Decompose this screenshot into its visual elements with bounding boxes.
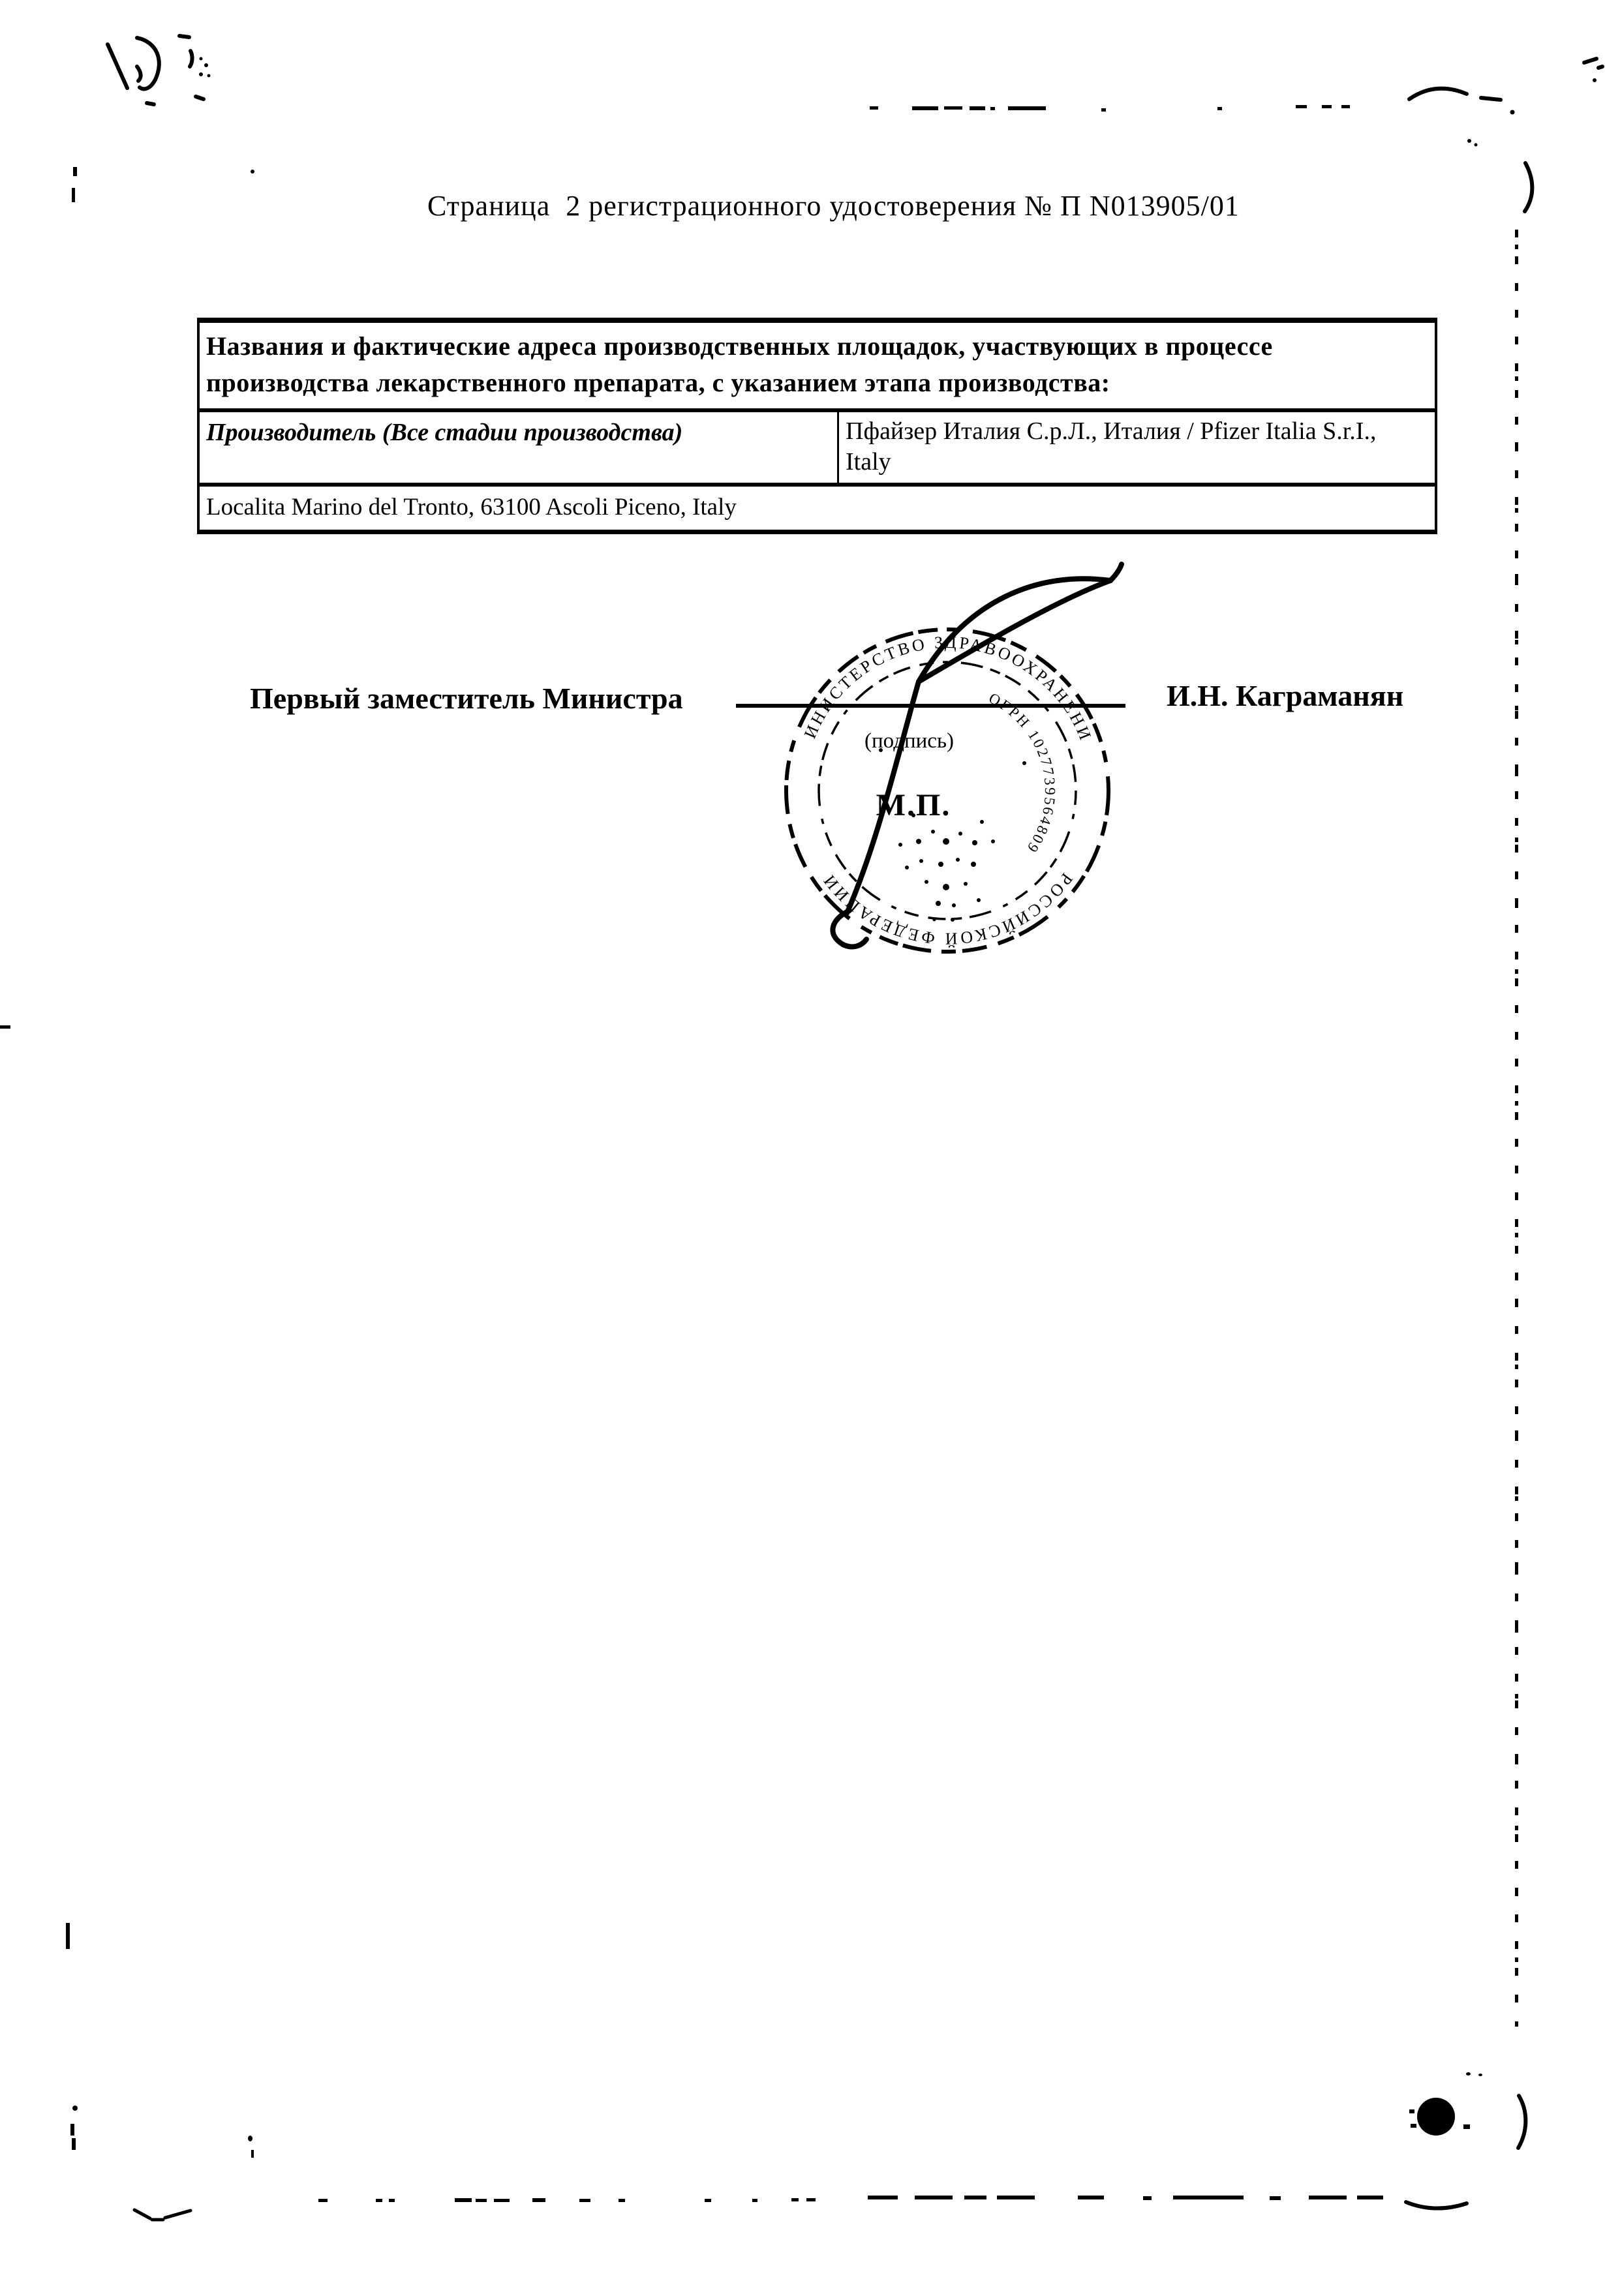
scan-speck [70, 2124, 74, 2136]
scan-speck [251, 2150, 254, 2158]
scan-dash [619, 2199, 625, 2202]
scan-dash [997, 2196, 1035, 2199]
scan-dash [705, 2199, 711, 2202]
seal-ring-top-text: МИНИСТЕРСТВО ЗДРАВООХРАНЕНИЯ [750, 535, 1095, 745]
scan-dash [1322, 105, 1332, 108]
scan-dash [1270, 2196, 1281, 2200]
check-mark-artifact [130, 2205, 196, 2224]
scan-speck [73, 167, 77, 176]
manufacturer-value-line-1: Пфайзер Италия С.р.Л., Италия / Pfizer I… [846, 416, 1431, 447]
scan-speck [1409, 2109, 1414, 2113]
scan-dash [476, 2199, 487, 2202]
scan-speck [1478, 2074, 1482, 2076]
scan-dash [376, 2199, 382, 2202]
scan-speck [1411, 2124, 1416, 2128]
smile-arc-artifact [1403, 2197, 1471, 2218]
scan-dash [944, 106, 962, 110]
scan-speck [0, 1025, 10, 1029]
scan-dash [964, 2196, 986, 2199]
scan-dash [1357, 2196, 1383, 2199]
scan-dash [579, 2199, 590, 2202]
signatory-name: И.Н. Каграманян [1167, 678, 1403, 713]
scan-dash [752, 2199, 757, 2202]
scan-dash [455, 2198, 472, 2202]
scan-dash [1008, 106, 1046, 110]
seal-ogrn-text: ОГРН 1027739564809 [986, 689, 1058, 856]
scan-dash [318, 2199, 328, 2202]
scan-dash [791, 2198, 799, 2201]
table-caption-line-2: производства лекарственного препарата, с… [206, 365, 1429, 401]
scan-speck [72, 2106, 78, 2111]
scan-dash [868, 2196, 898, 2199]
manufacturer-value-cell: Пфайзер Италия С.р.Л., Италия / Pfizer I… [839, 412, 1435, 483]
scan-dash [870, 106, 878, 110]
scan-speck [72, 188, 75, 202]
scan-dash [1341, 105, 1350, 108]
page-title: Страница 2 регистрационного удостоверени… [427, 189, 1240, 222]
scan-dash [1078, 2196, 1104, 2199]
scan-dash [970, 106, 985, 110]
scan-dash [1173, 2196, 1244, 2199]
scan-speck [1466, 2072, 1471, 2076]
ministry-seal-stamp: МИНИСТЕРСТВО ЗДРАВООХРАНЕНИЯ РОССИЙСКОЙ … [750, 535, 1155, 965]
signatory-title: Первый заместитель Министра [250, 681, 683, 716]
table-caption: Названия и фактические адреса производст… [197, 318, 1437, 412]
scan-dash [389, 2199, 395, 2202]
scan-speck [66, 1923, 70, 1949]
scan-dash [1143, 2196, 1152, 2200]
ink-blot [1417, 2098, 1455, 2136]
scan-dash [1309, 2196, 1347, 2199]
production-sites-table: Названия и фактические адреса производст… [197, 318, 1437, 534]
scan-dash [1217, 107, 1222, 110]
site-address-cell: Localita Marino del Tronto, 63100 Ascoli… [197, 487, 1437, 534]
scanned-document-page: Страница 2 регистрационного удостоверени… [0, 0, 1605, 2296]
scan-speck [1463, 2124, 1470, 2129]
scan-dash [990, 107, 995, 110]
manufacturer-label-cell: Производитель (Все стадии производства) [200, 412, 839, 483]
scan-dash [494, 2199, 510, 2202]
table-row-manufacturer: Производитель (Все стадии производства) … [197, 412, 1437, 487]
bracket-artifact [1514, 2091, 1540, 2152]
table-caption-line-1: Названия и фактические адреса производст… [206, 328, 1429, 365]
corner-marks-artifact [1396, 52, 1605, 222]
scan-dash [912, 106, 938, 110]
pen-scribble-artifact [91, 20, 248, 117]
scan-speck [251, 170, 254, 174]
scan-dash [1101, 108, 1106, 112]
scan-speck [72, 2138, 76, 2150]
scan-dash [806, 2198, 816, 2201]
manufacturer-value-line-2: Italy [846, 447, 1431, 477]
signature-stroke [833, 564, 1122, 946]
seal-emblem-noise [879, 748, 1026, 922]
fold-line-vertical [1515, 230, 1518, 2027]
scan-dash [532, 2198, 545, 2202]
scan-speck [248, 2136, 252, 2141]
scan-dash [915, 2196, 953, 2199]
scan-dash [1296, 105, 1307, 108]
